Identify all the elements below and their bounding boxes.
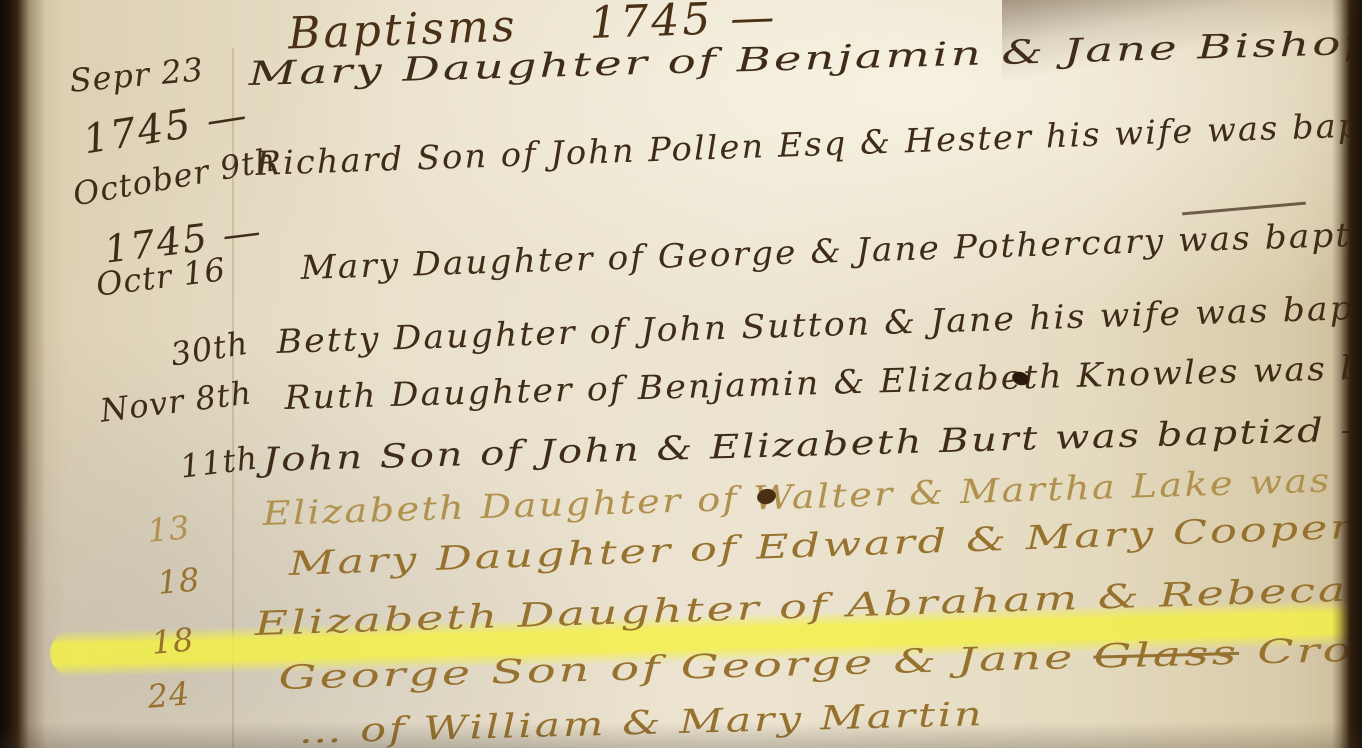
- year-label: 1745 —: [80, 92, 252, 163]
- page-header: Baptisms1745 —: [287, 0, 778, 60]
- year-label: 1745 —: [102, 209, 265, 272]
- book-binding-gutter: [0, 0, 46, 748]
- entry-date: 24: [146, 674, 192, 716]
- page-bottom-shadow: [0, 722, 1362, 748]
- entry-date: Octr 16: [94, 250, 228, 304]
- entry-text: Ruth Daughter of Benjamin & Elizabeth Kn…: [284, 344, 1362, 417]
- register-year: 1745 —: [588, 0, 778, 49]
- entry-date: Novr 8th: [98, 373, 254, 429]
- entry-text: John Son of John & Elizabeth Burt was ba…: [262, 409, 1362, 479]
- entry-text: Elizabeth Daughter of Walter & Martha La…: [262, 455, 1362, 533]
- register-title: Baptisms: [287, 1, 518, 60]
- ink-blot: [755, 487, 777, 506]
- pen-underline-stroke: [1182, 202, 1306, 216]
- entry-text: Mary Daughter of George & Jane Pothercar…: [300, 213, 1362, 287]
- entry-date: 11th: [178, 438, 260, 485]
- entry-date: October 9th: [70, 140, 279, 213]
- entry-date: 13: [146, 508, 192, 550]
- page-edge-right: [1332, 0, 1362, 748]
- entry-text: Mary Daughter of Edward & Mary Cooper: [288, 507, 1355, 583]
- ink-blot: [1010, 369, 1030, 387]
- entry-date: 18: [156, 560, 202, 602]
- entry-text: Betty Daughter of John Sutton & Jane his…: [276, 285, 1362, 361]
- entry-date: 30th: [168, 324, 251, 374]
- register-page: Baptisms1745 — Sepr 23Mary Daughter of B…: [0, 0, 1362, 748]
- entry-text: Richard Son of John Pollen Esq & Hester …: [255, 102, 1362, 182]
- entry-date: Sepr 23: [68, 50, 205, 100]
- page-corner-curl: [1002, 0, 1362, 90]
- highlight-marker: [50, 598, 1356, 678]
